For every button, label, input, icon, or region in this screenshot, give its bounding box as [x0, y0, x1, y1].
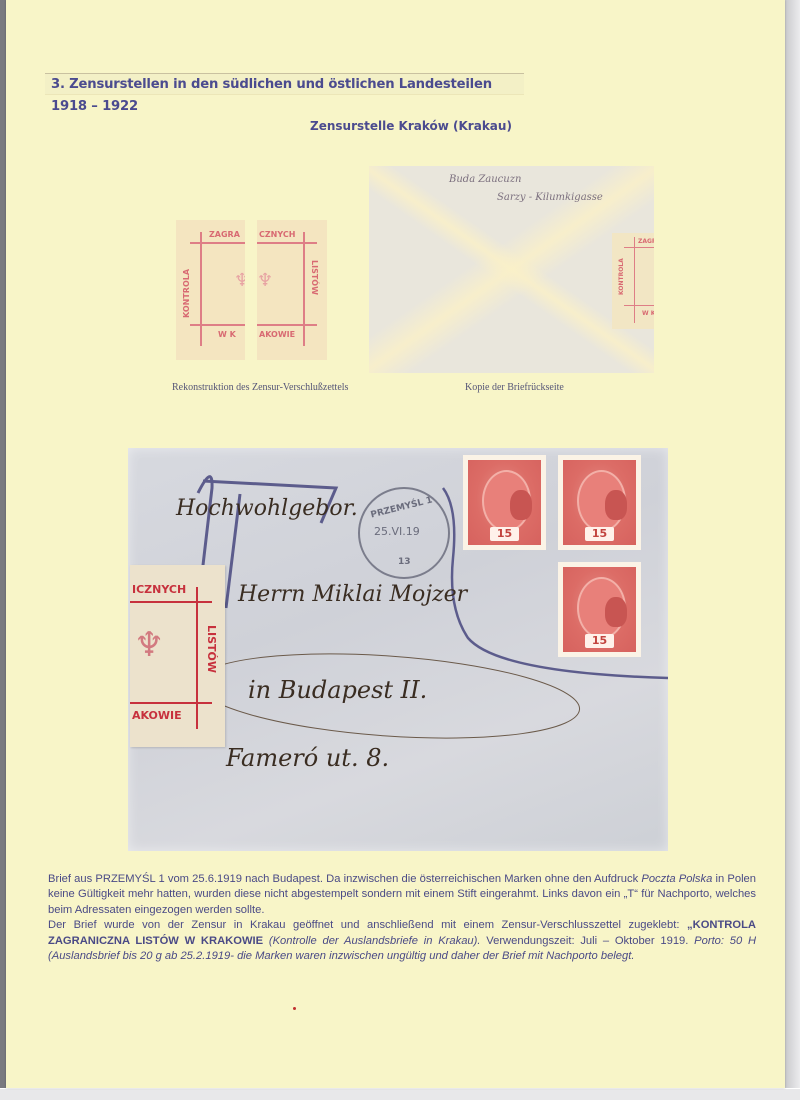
polish-eagle-icon: ♆	[257, 270, 273, 291]
envelope-back-image: Buda Zaucuzn Sarzy - Kilumkigasse ZAGRA …	[369, 166, 654, 373]
reconstruction-caption: Rekonstruktion des Zensur-Verschlußzette…	[172, 382, 348, 393]
section-title: 3. Zensurstellen in den südlichen und ös…	[45, 73, 524, 95]
scan-edge-right	[785, 0, 800, 1100]
address-line-2: Herrn Miklai Mojzer	[238, 582, 467, 607]
polish-eagle-icon: ♆	[134, 625, 164, 665]
censor-top-text: ICZNYCH	[132, 583, 186, 596]
censor-bottom-text: AKOWIE	[132, 709, 182, 722]
description-text: Brief aus PRZEMYŚL 1 vom 25.6.1919 nach …	[48, 872, 756, 964]
address-line-3: in Budapest II.	[248, 676, 427, 704]
stamp: 15	[463, 455, 546, 550]
label-top-text: ZAGRA	[209, 230, 240, 239]
sender-line-1: Buda Zaucuzn	[449, 174, 521, 185]
subtitle: Zensurstelle Kraków (Krakau)	[310, 119, 512, 133]
label-side-text: LISTÓW	[310, 260, 319, 295]
address-line-1: Hochwohlgebor.	[176, 496, 358, 521]
label-side-text: KONTROLA	[182, 269, 191, 318]
scan-edge-bottom	[0, 1088, 800, 1100]
address-line-4: Fameró ut. 8.	[226, 744, 389, 772]
polish-eagle-icon: ♆	[234, 270, 245, 291]
label-bottom-text: W K	[218, 330, 236, 339]
sender-line-2: Sarzy - Kilumkigasse	[497, 192, 603, 203]
red-speck	[293, 1007, 296, 1010]
reconstruction-left-half: ZAGRA KONTROLA W K ♆	[176, 220, 245, 360]
censor-label-back: ZAGRA KONTROLA W K	[612, 233, 654, 329]
reconstruction-right-half: CZNYCH LISTÓW AKOWIE ♆	[257, 220, 327, 360]
stamp: 15	[558, 562, 641, 657]
censor-label: ICZNYCH LISTÓW AKOWIE ♆	[130, 565, 225, 747]
label-top-text: CZNYCH	[259, 230, 295, 239]
postmark: PRZEMYŚL 1 25.VI.19 13	[358, 487, 450, 579]
stamp: 15	[558, 455, 641, 550]
censor-side-text: LISTÓW	[205, 625, 218, 673]
label-bottom-text: AKOWIE	[259, 330, 295, 339]
back-copy-caption: Kopie der Briefrückseite	[465, 382, 564, 393]
